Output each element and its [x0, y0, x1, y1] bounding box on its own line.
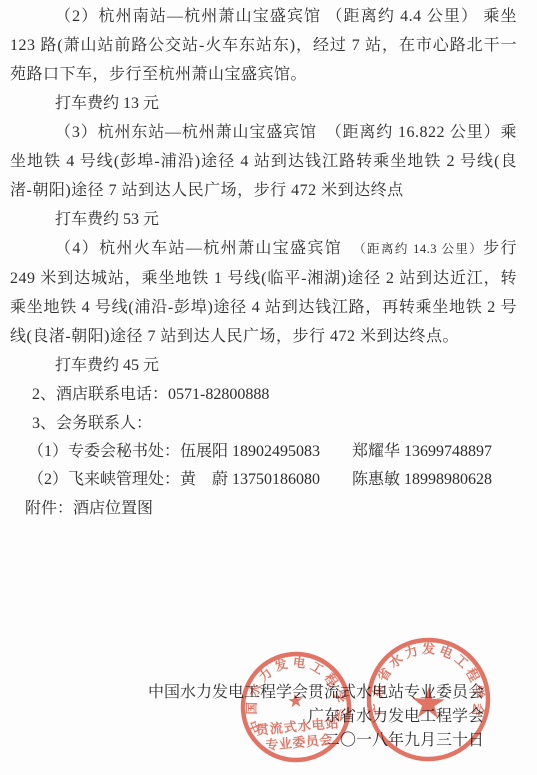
attachment-line: 附件：酒店位置图: [10, 494, 517, 523]
route-railway-fare: 打车费约 45 元: [10, 351, 517, 380]
signature-org-2: 广东省水力发电工程学会: [148, 705, 484, 729]
route-railway-prefix: （4）杭州火车站—杭州萧山宝盛宾馆: [55, 240, 359, 257]
signature-block: 中国水力发电工程学会贯流式水电站专业委员会 广东省水力发电工程学会 二〇一八年九…: [148, 681, 484, 753]
hotel-phone-line: 2、酒店联系电话：0571-82800888: [10, 380, 517, 409]
signature-date: 二〇一八年九月三十日: [148, 729, 484, 753]
route-east-paragraph: （3）杭州东站—杭州萧山宝盛宾馆 （距离约 16.822 公里）乘坐地铁 4 号…: [10, 118, 517, 205]
route-railway-distance: （距离约 14.3 公里）: [359, 242, 483, 256]
route-railway-paragraph: （4）杭州火车站—杭州萧山宝盛宾馆 （距离约 14.3 公里）步行 249 米到…: [10, 234, 517, 351]
contact-line-1: （1）专委会秘书处：伍展阳 18902495083 郑耀华 1369974889…: [10, 438, 517, 466]
contact-line-2: （2）飞来峡管理处：黄 蔚 13750186080 陈惠敏 1899898062…: [10, 466, 517, 494]
document-body: （2）杭州南站—杭州萧山宝盛宾馆 （距离约 4.4 公里） 乘坐 123 路(萧…: [0, 0, 537, 523]
document-page: （2）杭州南站—杭州萧山宝盛宾馆 （距离约 4.4 公里） 乘坐 123 路(萧…: [0, 0, 537, 775]
route-south-fare: 打车费约 13 元: [10, 89, 517, 118]
route-east-fare: 打车费约 53 元: [10, 205, 517, 234]
contacts-heading: 3、会务联系人：: [10, 409, 517, 438]
route-south-paragraph: （2）杭州南站—杭州萧山宝盛宾馆 （距离约 4.4 公里） 乘坐 123 路(萧…: [10, 2, 517, 89]
signature-org-1: 中国水力发电工程学会贯流式水电站专业委员会: [148, 681, 484, 705]
